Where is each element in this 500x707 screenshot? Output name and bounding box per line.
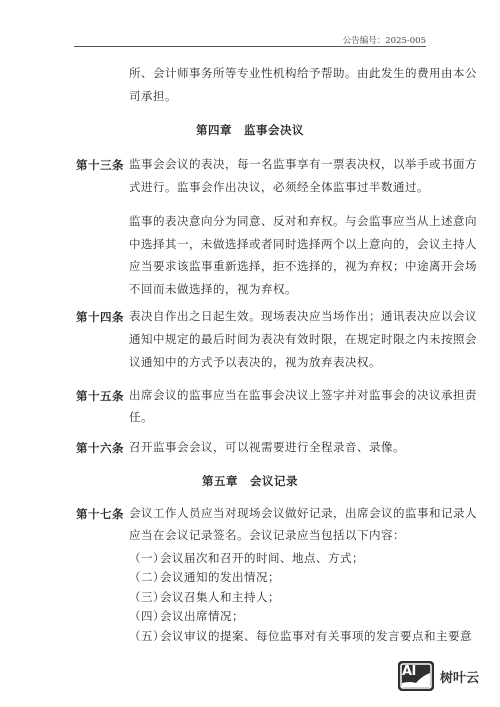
article-label: 第十四条: [76, 309, 124, 325]
paragraph-line: 表决自作出之日起生效。现场表决应当场作出；通讯表决应以会议: [129, 309, 477, 323]
paragraph-line: 会议工作人员应当对现场会议做好记录，出席会议的监事和记录人: [129, 506, 477, 520]
article-label: 第十五条: [76, 388, 124, 404]
paragraph-line: 应当在会议记录签名。会议记录应当包括以下内容：: [129, 528, 405, 542]
paragraph-line: 不回而未做选择的，视为弃权。: [129, 282, 297, 296]
paragraph-line: 通知中规定的最后时间为表决有效时限，在规定时限之内未按照会: [129, 332, 477, 346]
article-label: 第十六条: [76, 440, 124, 456]
paragraph-line: 所、会计师事务所等专业性机构给予帮助。由此发生的费用由本公: [129, 66, 477, 80]
paragraph-line: 式进行。监事会作出决议，必须经全体监事过半数通过。: [129, 180, 429, 194]
article-label: 第十七条: [76, 506, 124, 522]
landscape-icon: [398, 661, 434, 691]
announcement-number: 公告编号：2025-005: [343, 34, 426, 46]
chapter-title: 第五章 会议记录: [0, 473, 500, 489]
list-text: 会议召集人和主持人；: [160, 589, 280, 605]
paragraph-line: 司承担。: [129, 89, 177, 103]
list-text: 会议审议的提案、每位监事对有关事项的发言要点和主要意: [160, 628, 472, 644]
watermark-logo: AI 树叶云: [398, 661, 479, 691]
chapter-title: 第四章 监事会决议: [0, 122, 500, 138]
brand-name: 树叶云: [440, 667, 479, 686]
paragraph-line: 出席会议的监事应当在监事会决议上签字并对监事会的决议承担责: [129, 388, 477, 402]
paragraph-line: 议通知中的方式予以表决的，视为放弃表决权。: [129, 355, 381, 369]
paragraph-line: 召开监事会会议，可以视需要进行全程录音、录像。: [129, 440, 405, 454]
paragraph-line: 中选择其一，未做选择或者同时选择两个以上意向的，会议主持人: [129, 237, 477, 251]
paragraph-line: 应当要求该监事重新选择，拒不选择的，视为弃权；中途离开会场: [129, 259, 477, 273]
header-divider: [74, 46, 426, 47]
article-label: 第十三条: [76, 157, 124, 173]
list-text: 会议届次和召开的时间、地点、方式；: [160, 550, 364, 566]
ai-image-icon: AI: [398, 661, 434, 691]
paragraph-line: 任。: [129, 410, 153, 424]
paragraph-line: 监事的表决意向分为同意、反对和弃权。与会监事应当从上述意向: [129, 214, 477, 228]
paragraph-line: 监事会会议的表决，每一名监事享有一票表决权，以举手或书面方: [129, 157, 477, 171]
list-text: 会议通知的发出情况；: [160, 569, 280, 585]
list-text: 会议出席情况；: [160, 608, 244, 624]
